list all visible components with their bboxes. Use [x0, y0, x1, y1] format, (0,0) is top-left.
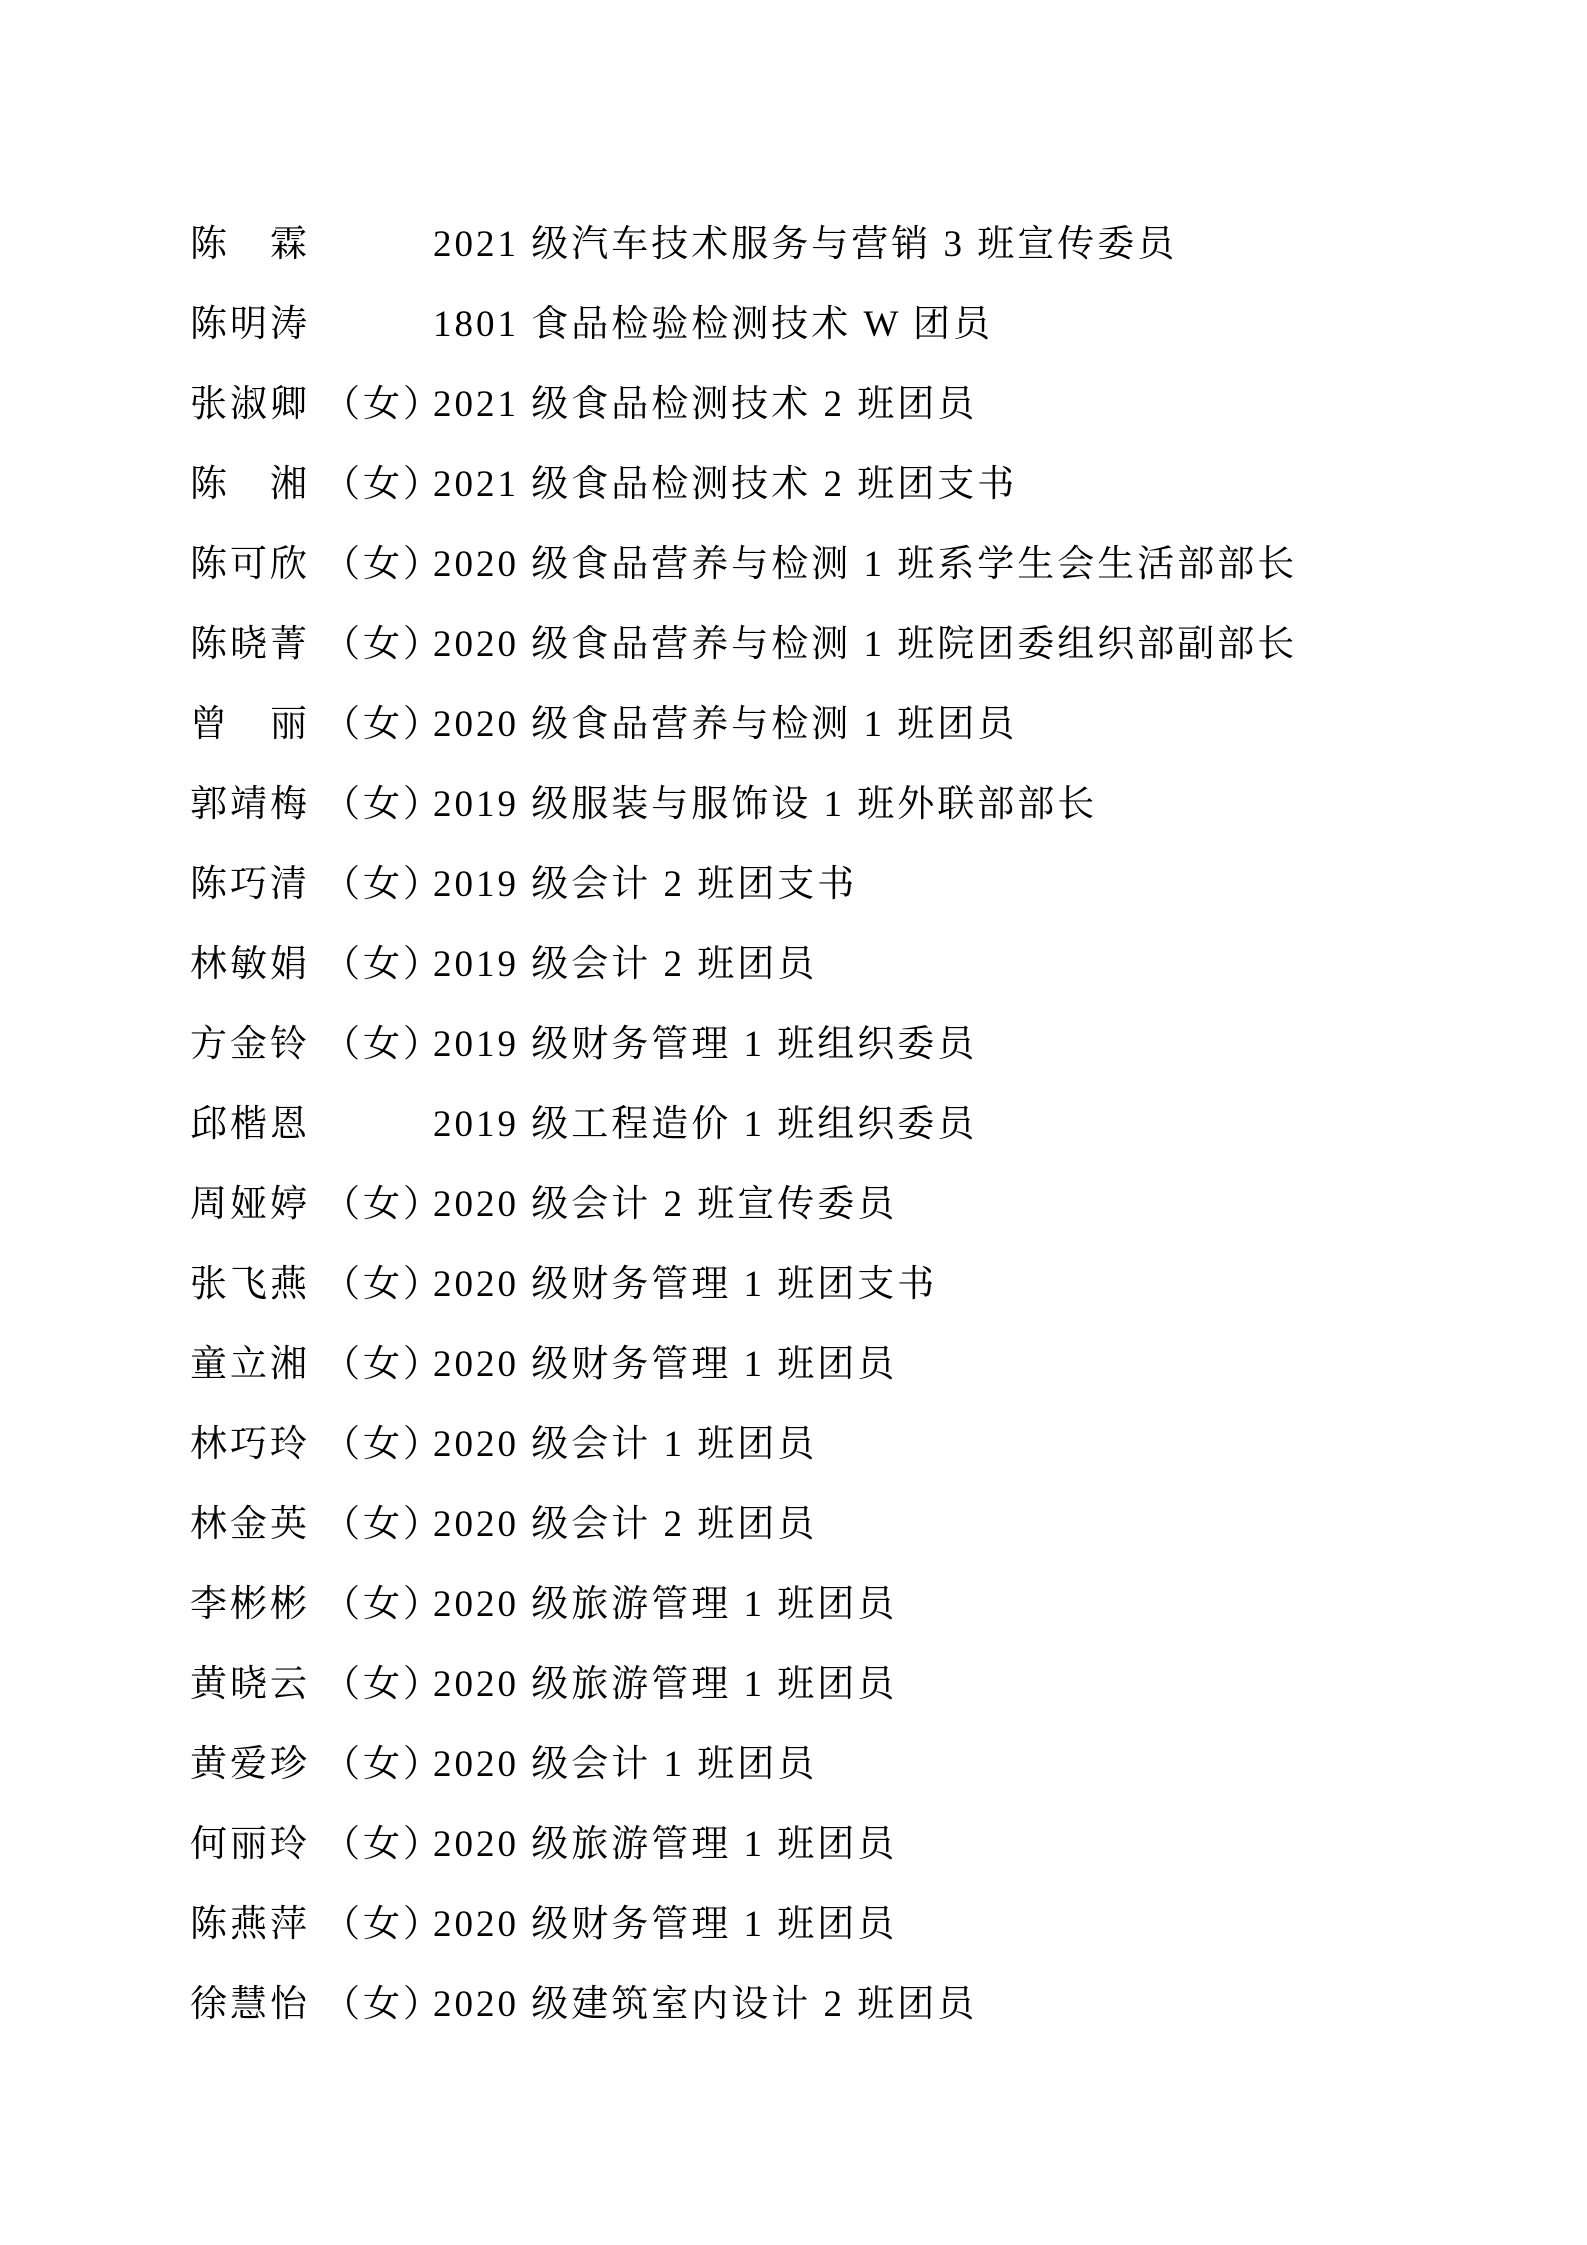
roster-row: 陈 湘 （女） 2021 级食品检测技术 2 班团支书 [0, 440, 1587, 520]
class-role-text: 2020 级会计 1 班团员 [433, 1733, 817, 1787]
roster-row: 张淑卿 （女） 2021 级食品检测技术 2 班团员 [0, 360, 1587, 440]
class-role-text: 2020 级食品营养与检测 1 班团员 [433, 693, 1017, 747]
gender-label: （女） [323, 1013, 433, 1067]
roster-row: 张飞燕 （女） 2020 级财务管理 1 班团支书 [0, 1240, 1587, 1320]
roster-row: 曾 丽 （女） 2020 级食品营养与检测 1 班团员 [0, 680, 1587, 760]
class-role-text: 2020 级食品营养与检测 1 班院团委组织部副部长 [433, 613, 1297, 667]
roster-row: 黄爱珍 （女） 2020 级会计 1 班团员 [0, 1720, 1587, 1800]
student-name: 郭靖梅 [190, 773, 323, 827]
student-name: 陈燕萍 [190, 1893, 323, 1947]
class-role-text: 2020 级财务管理 1 班团员 [433, 1333, 897, 1387]
student-name: 陈 霖 [190, 213, 323, 267]
student-name: 林巧玲 [190, 1413, 323, 1467]
class-role-text: 2020 级会计 1 班团员 [433, 1413, 817, 1467]
class-role-text: 2020 级会计 2 班宣传委员 [433, 1173, 897, 1227]
class-role-text: 2021 级汽车技术服务与营销 3 班宣传委员 [433, 213, 1177, 267]
roster-row: 郭靖梅 （女） 2019 级服装与服饰设 1 班外联部部长 [0, 760, 1587, 840]
class-role-text: 2020 级财务管理 1 班团支书 [433, 1253, 937, 1307]
gender-label: （女） [323, 1893, 433, 1947]
gender-label: （女） [323, 1653, 433, 1707]
class-role-text: 2020 级建筑室内设计 2 班团员 [433, 1973, 977, 2027]
class-role-text: 2021 级食品检测技术 2 班团支书 [433, 453, 1017, 507]
gender-label: （女） [323, 1253, 433, 1307]
class-role-text: 2021 级食品检测技术 2 班团员 [433, 373, 977, 427]
gender-label: （女） [323, 373, 433, 427]
roster-row: 陈燕萍 （女） 2020 级财务管理 1 班团员 [0, 1880, 1587, 1960]
gender-label: （女） [323, 1733, 433, 1787]
roster-row: 邱楷恩 2019 级工程造价 1 班组织委员 [0, 1080, 1587, 1160]
gender-label: （女） [323, 533, 433, 587]
gender-label: （女） [323, 1493, 433, 1547]
roster-row: 方金铃 （女） 2019 级财务管理 1 班组织委员 [0, 1000, 1587, 1080]
class-role-text: 2020 级会计 2 班团员 [433, 1493, 817, 1547]
student-name: 何丽玲 [190, 1813, 323, 1867]
student-name: 邱楷恩 [190, 1093, 323, 1147]
student-name: 曾 丽 [190, 693, 323, 747]
student-name: 徐慧怡 [190, 1973, 323, 2027]
roster-row: 陈 霖 2021 级汽车技术服务与营销 3 班宣传委员 [0, 200, 1587, 280]
roster-row: 童立湘 （女） 2020 级财务管理 1 班团员 [0, 1320, 1587, 1400]
student-name: 黄晓云 [190, 1653, 323, 1707]
roster-row: 陈明涛 1801 食品检验检测技术 W 团员 [0, 280, 1587, 360]
gender-label: （女） [323, 693, 433, 747]
gender-label: （女） [323, 1573, 433, 1627]
student-name: 林敏娟 [190, 933, 323, 987]
gender-label: （女） [323, 1973, 433, 2027]
roster-row: 周娅婷 （女） 2020 级会计 2 班宣传委员 [0, 1160, 1587, 1240]
student-name: 陈巧清 [190, 853, 323, 907]
roster-row: 李彬彬 （女） 2020 级旅游管理 1 班团员 [0, 1560, 1587, 1640]
roster-row: 陈可欣 （女） 2020 级食品营养与检测 1 班系学生会生活部部长 [0, 520, 1587, 600]
gender-label: （女） [323, 613, 433, 667]
roster-row: 陈晓菁 （女） 2020 级食品营养与检测 1 班院团委组织部副部长 [0, 600, 1587, 680]
class-role-text: 2019 级财务管理 1 班组织委员 [433, 1013, 977, 1067]
gender-label: （女） [323, 453, 433, 507]
gender-label: （女） [323, 1413, 433, 1467]
class-role-text: 2020 级旅游管理 1 班团员 [433, 1813, 897, 1867]
roster-row: 林敏娟 （女） 2019 级会计 2 班团员 [0, 920, 1587, 1000]
document-page: 陈 霖 2021 级汽车技术服务与营销 3 班宣传委员 陈明涛 1801 食品检… [0, 0, 1587, 2245]
class-role-text: 2019 级工程造价 1 班组织委员 [433, 1093, 977, 1147]
student-name: 张淑卿 [190, 373, 323, 427]
student-name: 方金铃 [190, 1013, 323, 1067]
gender-label: （女） [323, 933, 433, 987]
roster-row: 林巧玲 （女） 2020 级会计 1 班团员 [0, 1400, 1587, 1480]
class-role-text: 2020 级财务管理 1 班团员 [433, 1893, 897, 1947]
gender-label: （女） [323, 773, 433, 827]
student-roster-list: 陈 霖 2021 级汽车技术服务与营销 3 班宣传委员 陈明涛 1801 食品检… [0, 200, 1587, 2040]
student-name: 李彬彬 [190, 1573, 323, 1627]
roster-row: 何丽玲 （女） 2020 级旅游管理 1 班团员 [0, 1800, 1587, 1880]
student-name: 周娅婷 [190, 1173, 323, 1227]
roster-row: 陈巧清 （女） 2019 级会计 2 班团支书 [0, 840, 1587, 920]
student-name: 林金英 [190, 1493, 323, 1547]
roster-row: 林金英 （女） 2020 级会计 2 班团员 [0, 1480, 1587, 1560]
roster-row: 黄晓云 （女） 2020 级旅游管理 1 班团员 [0, 1640, 1587, 1720]
student-name: 童立湘 [190, 1333, 323, 1387]
gender-label: （女） [323, 853, 433, 907]
student-name: 陈 湘 [190, 453, 323, 507]
gender-label: （女） [323, 1333, 433, 1387]
student-name: 陈明涛 [190, 293, 323, 347]
student-name: 陈可欣 [190, 533, 323, 587]
student-name: 张飞燕 [190, 1253, 323, 1307]
class-role-text: 2019 级会计 2 班团员 [433, 933, 817, 987]
class-role-text: 2019 级会计 2 班团支书 [433, 853, 857, 907]
gender-label: （女） [323, 1173, 433, 1227]
student-name: 黄爱珍 [190, 1733, 323, 1787]
class-role-text: 2019 级服装与服饰设 1 班外联部部长 [433, 773, 1097, 827]
roster-row: 徐慧怡 （女） 2020 级建筑室内设计 2 班团员 [0, 1960, 1587, 2040]
class-role-text: 2020 级食品营养与检测 1 班系学生会生活部部长 [433, 533, 1297, 587]
class-role-text: 1801 食品检验检测技术 W 团员 [433, 293, 993, 347]
class-role-text: 2020 级旅游管理 1 班团员 [433, 1653, 897, 1707]
gender-label: （女） [323, 1813, 433, 1867]
class-role-text: 2020 级旅游管理 1 班团员 [433, 1573, 897, 1627]
student-name: 陈晓菁 [190, 613, 323, 667]
